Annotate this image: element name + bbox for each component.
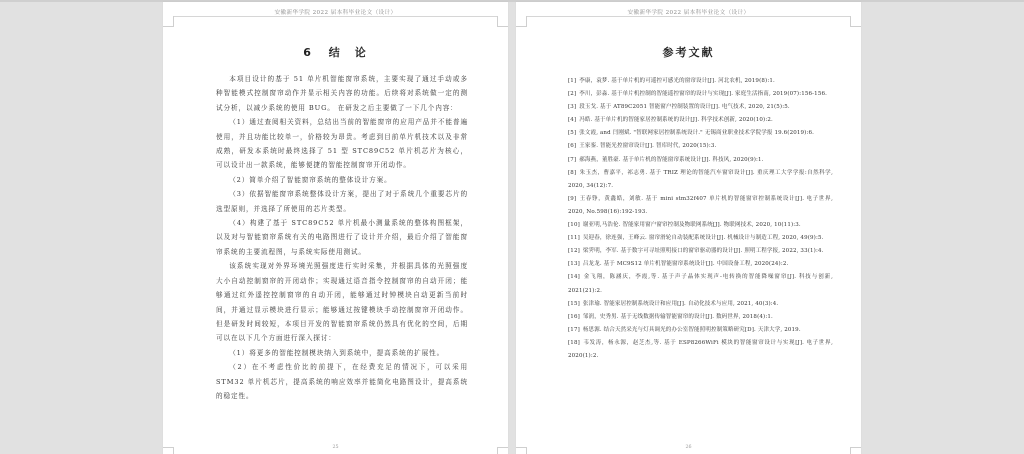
header-rule (174, 16, 497, 17)
page-number: 25 (163, 445, 508, 450)
page-number: 26 (516, 445, 861, 450)
crop-mark-bottom-right (497, 447, 508, 454)
reference-number: [13] (568, 261, 580, 267)
reference-text: 张文霞, and 闫刚斌. "智联网家居控制系统设计." 无锡商业职业技术学院学… (579, 130, 814, 136)
reference-item: [8]朱玉杰，曹嘉平，祁志勇. 基于 TRIZ 理论的智能汽车窗帘设计[J]. … (568, 167, 833, 193)
crop-mark-bottom-left (163, 447, 174, 454)
reference-text: 李川，彭淼. 基于单片机控制的智能遥控窗帘的设计与实现[J]. 家庭生活指南, … (579, 91, 827, 97)
reference-item: [3]段玉戈. 基于 AT89C2051 智能窗户控制装置的设计[J]. 电气技… (568, 101, 833, 114)
document-page-26: 安徽新华学院 2022 届本科毕业论文（设计） 参考文献 [1]李康，袁梦. 基… (516, 2, 861, 454)
reference-item: [17]杨思源. 结合天然采光与灯具调光的办公室智能照明控制策略研究[D]. 天… (568, 324, 833, 337)
reference-text: 冯皓. 基于单片机的智能家居控制系统的设计[J]. 科学技术创新, 2020(1… (579, 117, 773, 123)
references-title: 参考文献 (516, 44, 861, 60)
reference-text: 王春铮，黄鑫皓，刘敏. 基于 mini stm32f407 单片机的智能窗帘控制… (568, 196, 833, 215)
reference-item: [10]谢亚明,马浩伦. 智能家用窗户窗帘控制及物联网系统[J]. 物联网技术,… (568, 219, 833, 232)
reference-text: 邹润，史秀男. 基于无线数据传输智能窗帘的设计[J]. 数码世界, 2018(4… (583, 314, 773, 320)
crop-mark-bottom-right (850, 447, 861, 454)
reference-item: [18]韦发涛，杨永源，赵芝杰,等. 基于 ESP8266WiFi 模块的智能窗… (568, 337, 833, 363)
reference-number: [8] (568, 170, 576, 176)
reference-item: [13]吕龙龙. 基于 MC9S12 单片机智能窗帘系统设计[J]. 中国设备工… (568, 258, 833, 271)
conclusion-body: 本项目设计的基于 51 单片机智能窗帘系统，主要实现了通过手动或多种智能模式控制… (216, 72, 468, 403)
reference-item: [14]金飞翔，陈涵庆，李霞,等. 基于声子晶体实现声-电转换的智能降噪窗帘[J… (568, 271, 833, 297)
header-rule (527, 16, 850, 17)
paragraph: （4）构建了基于 STC89C52 单片机最小测量系统的整体构图框架，以及对与智… (216, 216, 468, 259)
reference-number: [9] (568, 196, 576, 202)
crop-mark-top-left (516, 16, 527, 27)
reference-item: [2]李川，彭淼. 基于单片机控制的智能遥控窗帘的设计与实现[J]. 家庭生活指… (568, 88, 833, 101)
reference-text: 金飞翔，陈涵庆，李霞,等. 基于声子晶体实现声-电转换的智能降噪窗帘[J]. 科… (568, 274, 833, 293)
reference-list: [1]李康，袁梦. 基于单片机的可遥控可感光的窗帘设计[J]. 河北农机, 20… (568, 75, 833, 363)
reference-item: [12]梁霁明，李军. 基于数字可寻址照明接口的窗帘驱动器的设计[J]. 照明工… (568, 245, 833, 258)
document-page-25: 安徽新华学院 2022 届本科毕业论文（设计） 6 结 论 本项目设计的基于 5… (163, 2, 508, 454)
paragraph: 该系统实现对外界环境光照强度进行实时采集，并根据具体的光照强度大小自动控制窗帘的… (216, 259, 468, 345)
chapter-title: 6 结 论 (163, 44, 508, 60)
crop-mark-top-left (163, 16, 174, 27)
paragraph: （1）将更多的智能控制模块纳入到系统中，提高系统的扩展性。 (216, 346, 468, 360)
reference-text: 王家銮. 智能光控窗帘设计[J]. 智库时代, 2020(15):3. (579, 143, 716, 149)
reference-item: [6]王家銮. 智能光控窗帘设计[J]. 智库时代, 2020(15):3. (568, 140, 833, 153)
reference-text: 张津瑜. 智能家居控制系统设计和应用[J]. 自动化技术与应用, 2021, 4… (583, 301, 778, 307)
reference-item: [9]王春铮，黄鑫皓，刘敏. 基于 mini stm32f407 单片机的智能窗… (568, 193, 833, 219)
reference-text: 段玉戈. 基于 AT89C2051 智能窗户控制装置的设计[J]. 电气技术, … (579, 104, 790, 110)
reference-text: 朱玉杰，曹嘉平，祁志勇. 基于 TRIZ 理论的智能汽车窗帘设计[J]. 重庆理… (568, 170, 833, 189)
reference-number: [1] (568, 78, 576, 84)
paragraph: （1）通过查阅相关资料，总结出当前的智能窗帘的应用产品并不能普遍使用，并且功能比… (216, 115, 468, 173)
reference-item: [11]吴迎春，徐连强，王峰云. 窗帘滑轮自动装配系统设计[J]. 机械设计与制… (568, 232, 833, 245)
reference-number: [10] (568, 222, 580, 228)
paragraph: （2）在不考虑性价比的前提下，在经费充足的情况下，可以采用 STM32 单片机芯… (216, 360, 468, 403)
reference-text: 韦发涛，杨永源，赵芝杰,等. 基于 ESP8266WiFi 模块的智能窗帘设计与… (568, 340, 833, 359)
reference-number: [11] (568, 235, 580, 241)
reference-number: [4] (568, 117, 576, 123)
reference-text: 李康，袁梦. 基于单片机的可遥控可感光的窗帘设计[J]. 河北农机, 2019(… (579, 78, 775, 84)
reference-number: [15] (568, 301, 580, 307)
reference-item: [16]邹润，史秀男. 基于无线数据传输智能窗帘的设计[J]. 数码世界, 20… (568, 311, 833, 324)
reference-text: 吴迎春，徐连强，王峰云. 窗帘滑轮自动装配系统设计[J]. 机械设计与制造工程,… (583, 235, 824, 241)
reference-item: [4]冯皓. 基于单片机的智能家居控制系统的设计[J]. 科学技术创新, 202… (568, 114, 833, 127)
reference-number: [18] (568, 340, 580, 346)
crop-mark-bottom-left (516, 447, 527, 454)
reference-number: [16] (568, 314, 580, 320)
reference-item: [7]郝海燕，董胜豪. 基于单片机的智能窗帘系统设计[J]. 科技风, 2020… (568, 154, 833, 167)
reference-text: 杨思源. 结合天然采光与灯具调光的办公室智能照明控制策略研究[D]. 天津大学,… (583, 327, 801, 333)
reference-number: [12] (568, 248, 580, 254)
paragraph: （3）依据智能窗帘系统整体设计方案，提出了对于系统几个重要芯片的选型原则，并选择… (216, 187, 468, 216)
reference-number: [7] (568, 157, 576, 163)
paragraph: 本项目设计的基于 51 单片机智能窗帘系统，主要实现了通过手动或多种智能模式控制… (216, 72, 468, 115)
paragraph: （2）简单介绍了智能窗帘系统的整体设计方案。 (216, 173, 468, 187)
running-header: 安徽新华学院 2022 届本科毕业论文（设计） (516, 8, 861, 16)
reference-text: 吕龙龙. 基于 MC9S12 单片机智能窗帘系统设计[J]. 中国设备工程, 2… (583, 261, 788, 267)
reference-number: [2] (568, 91, 576, 97)
viewer-top-bar (0, 0, 1024, 2)
reference-number: [6] (568, 143, 576, 149)
running-header: 安徽新华学院 2022 届本科毕业论文（设计） (163, 8, 508, 16)
reference-number: [14] (568, 274, 580, 280)
reference-number: [3] (568, 104, 576, 110)
crop-mark-top-right (850, 16, 861, 27)
reference-text: 梁霁明，李军. 基于数字可寻址照明接口的窗帘驱动器的设计[J]. 照明工程学报,… (583, 248, 824, 254)
reference-text: 郝海燕，董胜豪. 基于单片机的智能窗帘系统设计[J]. 科技风, 2020(9)… (579, 157, 763, 163)
reference-text: 谢亚明,马浩伦. 智能家用窗户窗帘控制及物联网系统[J]. 物联网技术, 202… (583, 222, 801, 228)
reference-number: [5] (568, 130, 576, 136)
crop-mark-top-right (497, 16, 508, 27)
reference-item: [5]张文霞, and 闫刚斌. "智联网家居控制系统设计." 无锡商业职业技术… (568, 127, 833, 140)
reference-item: [1]李康，袁梦. 基于单片机的可遥控可感光的窗帘设计[J]. 河北农机, 20… (568, 75, 833, 88)
reference-number: [17] (568, 327, 580, 333)
reference-item: [15]张津瑜. 智能家居控制系统设计和应用[J]. 自动化技术与应用, 202… (568, 298, 833, 311)
